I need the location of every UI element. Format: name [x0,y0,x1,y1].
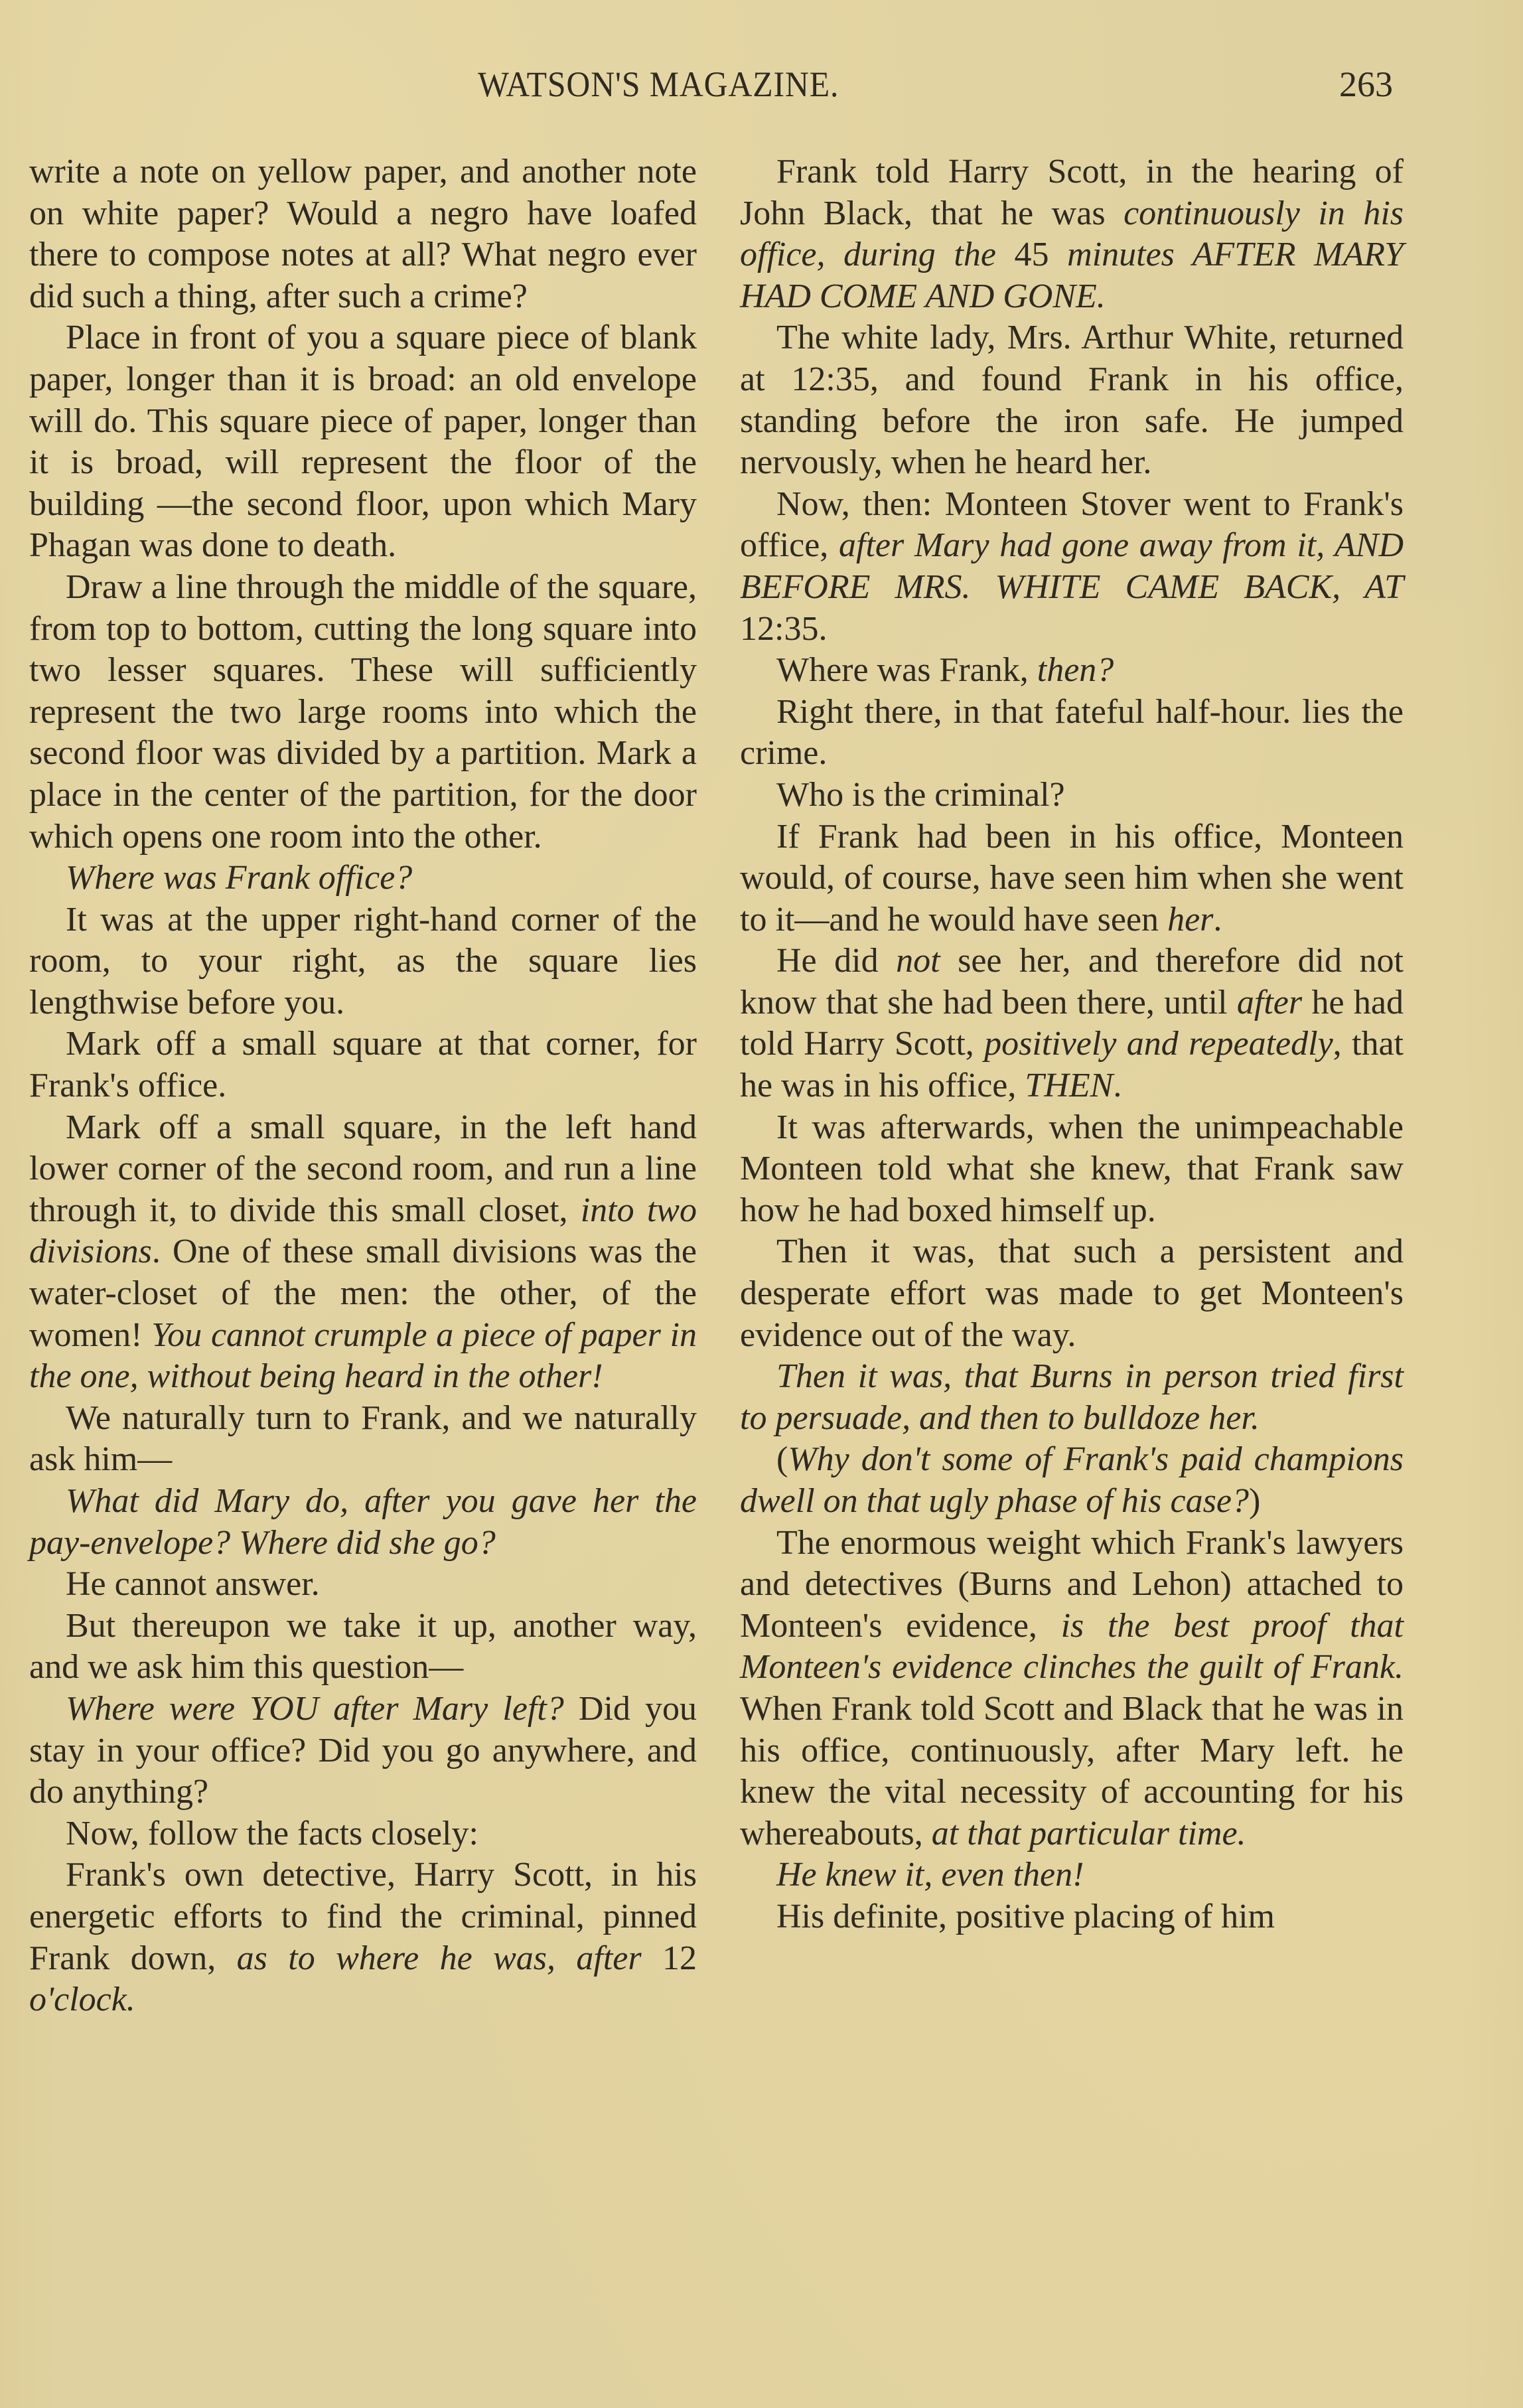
paragraph: Right there, in that fateful half-hour. … [740,692,1404,775]
magazine-page: WATSON'S MAGAZINE. 263 write a note on y… [0,0,1523,2408]
italic-text: THEN [1025,1067,1113,1104]
italic-text: positively and repeatedly [984,1025,1333,1063]
body-text: . [1113,1067,1122,1104]
paragraph: But thereupon we take it up, another way… [29,1606,697,1689]
paragraph: write a note on yellow paper, and anothe… [29,151,697,317]
paragraph: Frank's own detective, Harry Scott, in h… [29,1854,697,2020]
paragraph: Place in front of you a square piece of … [29,317,697,567]
body-text: It was at the upper right-hand corner of… [29,901,697,1021]
paragraph: (Why don't some of Frank's paid champion… [740,1439,1404,1522]
paragraph: Draw a line through the middle of the sq… [29,567,697,858]
italic-text: as to where he was, after [237,1939,642,1977]
italic-text: not [896,942,940,980]
body-text: 45 [996,236,1067,273]
left-text-column: write a note on yellow paper, and anothe… [29,151,697,2021]
body-text: ( [776,1440,788,1478]
paragraph: Frank told Harry Scott, in the hearing o… [740,151,1404,317]
paragraph: If Frank had been in his office, Monteen… [740,816,1404,941]
body-text: 12 [642,1939,697,1977]
body-text: The white lady, Mrs. Arthur White, retur… [740,319,1404,481]
paragraph: He did not see her, and therefore did no… [740,941,1404,1106]
italic-text: after Mary had gone away from it, AND BE… [740,526,1404,606]
paragraph: Where was Frank office? [29,858,697,899]
italic-text: Where was Frank office? [66,859,412,897]
paragraph: The white lady, Mrs. Arthur White, retur… [740,317,1404,483]
paragraph: Where was Frank, then? [740,650,1404,692]
paragraph: What did Mary do, after you gave her the… [29,1481,697,1564]
body-text: If Frank had been in his office, Monteen… [740,818,1404,939]
body-text: Where was Frank, [776,651,1037,689]
italic-text: at that particular time. [932,1815,1246,1852]
body-text: But thereupon we take it up, another way… [29,1607,697,1687]
paragraph: Mark off a small square at that corner, … [29,1023,697,1106]
body-text: We naturally turn to Frank, and we natur… [29,1399,697,1479]
body-text: Then it was, that such a persistent and … [740,1233,1404,1353]
paragraph: It was at the upper right-hand corner of… [29,899,697,1024]
running-title: WATSON'S MAGAZINE. [478,61,839,108]
paragraph: Where were YOU after Mary left? Did you … [29,1689,697,1813]
body-text: Now, follow the facts closely: [66,1815,478,1852]
body-text: ) [1249,1482,1260,1520]
body-text: Who is the criminal? [776,776,1065,814]
right-text-column: Frank told Harry Scott, in the hearing o… [740,151,1404,1938]
body-text: . [1213,901,1222,939]
body-text: Right there, in that fateful half-hour. … [740,693,1404,773]
body-text: 12:35. [740,610,827,648]
italic-text: her [1167,901,1213,939]
italic-text: then? [1037,651,1114,689]
body-text: write a note on yellow paper, and anothe… [29,153,697,315]
paragraph: Then it was, that Burns in person tried … [740,1356,1404,1439]
paragraph: Who is the criminal? [740,775,1404,816]
paragraph: Now, then: Monteen Stover went to Frank'… [740,484,1404,650]
body-text: He did [776,942,896,980]
italic-text: o'clock. [29,1981,135,2018]
paragraph: It was afterwards, when the unimpeachabl… [740,1107,1404,1232]
body-text: He cannot answer. [66,1565,320,1603]
paragraph: His definite, positive placing of him [740,1896,1404,1938]
body-text: Draw a line through the middle of the sq… [29,568,697,856]
page-number: 263 [1339,61,1393,108]
running-head: WATSON'S MAGAZINE. 263 [0,61,1523,108]
italic-text: Why don't some of Frank's paid champions… [740,1440,1404,1520]
italic-text: What did Mary do, after you gave her the… [29,1482,697,1562]
paragraph: He cannot answer. [29,1564,697,1606]
paragraph: Then it was, that such a persistent and … [740,1231,1404,1356]
italic-text: after [1237,984,1302,1021]
paragraph: Mark off a small square, in the left han… [29,1107,697,1398]
body-text: It was afterwards, when the unimpeachabl… [740,1108,1404,1229]
paragraph: The enormous weight which Frank's lawyer… [740,1523,1404,1855]
body-text: Place in front of you a square piece of … [29,319,697,564]
italic-text: Then it was, that Burns in person tried … [740,1357,1404,1437]
paragraph: He knew it, even then! [740,1854,1404,1896]
paragraph: Now, follow the facts closely: [29,1813,697,1855]
italic-text: Where were YOU after Mary left? [66,1690,564,1728]
body-text: Mark off a small square at that corner, … [29,1025,697,1104]
paragraph: We naturally turn to Frank, and we natur… [29,1398,697,1481]
italic-text: He knew it, even then! [776,1856,1084,1894]
body-text: His definite, positive placing of him [776,1898,1275,1935]
